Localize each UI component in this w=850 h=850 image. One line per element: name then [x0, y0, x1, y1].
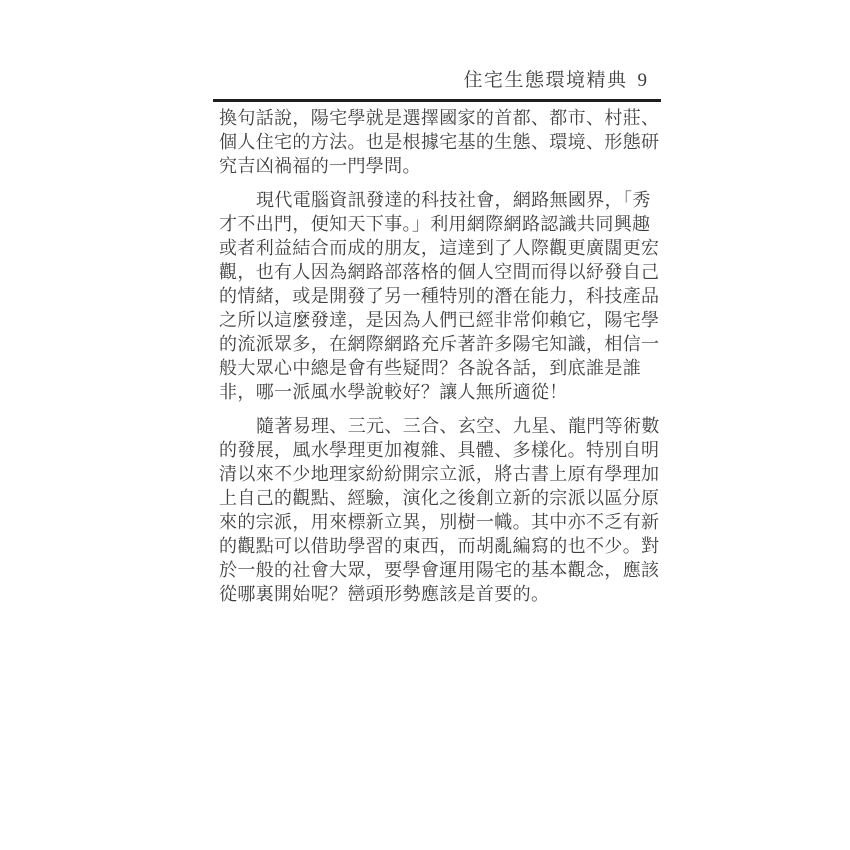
text-line: 觀，也有人因為網路部落格的個人空間而得以紓發自己 [219, 260, 661, 284]
text-line: 的流派眾多，在網際網路充斥著許多陽宅知識，相信一 [219, 332, 661, 356]
book-page: 住宅生態環境精典9 換句話說，陽宅學就是選擇國家的首都、都市、村莊、 個人住宅的… [0, 0, 850, 850]
paragraph: 現代電腦資訊發達的科技社會，網路無國界，「秀 才不出門，便知天下事。」利用網際網… [219, 188, 661, 404]
page-number: 9 [638, 70, 648, 91]
body-text: 換句話說，陽宅學就是選擇國家的首都、都市、村莊、 個人住宅的方法。也是根據宅基的… [213, 102, 661, 606]
text-line: 或者利益結合而成的朋友，這達到了人際觀更廣闊更宏 [219, 236, 661, 260]
text-line: 清以來不少地理家紛紛開宗立派，將古書上原有學理加 [219, 462, 661, 486]
text-line: 究吉凶禍福的一門學問。 [219, 154, 661, 178]
text-line: 才不出門，便知天下事。」利用網際網路認識共同興趣 [219, 212, 661, 236]
text-line: 從哪裏開始呢？巒頭形勢應該是首要的。 [219, 582, 661, 606]
text-line: 來的宗派，用來標新立異，別樹一幟。其中亦不乏有新 [219, 510, 661, 534]
text-line: 的觀點可以借助學習的東西，而胡亂編寫的也不少。對 [219, 534, 661, 558]
text-line: 般大眾心中總是會有些疑問？各說各話，到底誰是誰 [219, 356, 661, 380]
page-content: 住宅生態環境精典9 換句話說，陽宅學就是選擇國家的首都、都市、村莊、 個人住宅的… [213, 68, 661, 606]
text-line: 的發展，風水學理更加複雜、具體、多樣化。特別自明 [219, 438, 661, 462]
text-line: 現代電腦資訊發達的科技社會，網路無國界，「秀 [219, 188, 661, 212]
text-line: 上自己的觀點、經驗，演化之後創立新的宗派以區分原 [219, 486, 661, 510]
paragraph: 換句話說，陽宅學就是選擇國家的首都、都市、村莊、 個人住宅的方法。也是根據宅基的… [219, 106, 661, 178]
text-line: 非，哪一派風水學說較好？讓人無所適從！ [219, 380, 661, 404]
paragraph: 隨著易理、三元、三合、玄空、九星、龍門等術數 的發展，風水學理更加複雜、具體、多… [219, 414, 661, 606]
text-line: 換句話說，陽宅學就是選擇國家的首都、都市、村莊、 [219, 106, 661, 130]
running-header: 住宅生態環境精典9 [213, 68, 661, 102]
text-line: 於一般的社會大眾，要學會運用陽宅的基本觀念，應該 [219, 558, 661, 582]
text-line: 隨著易理、三元、三合、玄空、九星、龍門等術數 [219, 414, 661, 438]
text-line: 之所以這麼發達，是因為人們已經非常仰賴它，陽宅學 [219, 308, 661, 332]
book-title: 住宅生態環境精典 [463, 70, 627, 91]
text-line: 的情緒，或是開發了另一種特別的潛在能力，科技產品 [219, 284, 661, 308]
text-line: 個人住宅的方法。也是根據宅基的生態、環境、形態研 [219, 130, 661, 154]
